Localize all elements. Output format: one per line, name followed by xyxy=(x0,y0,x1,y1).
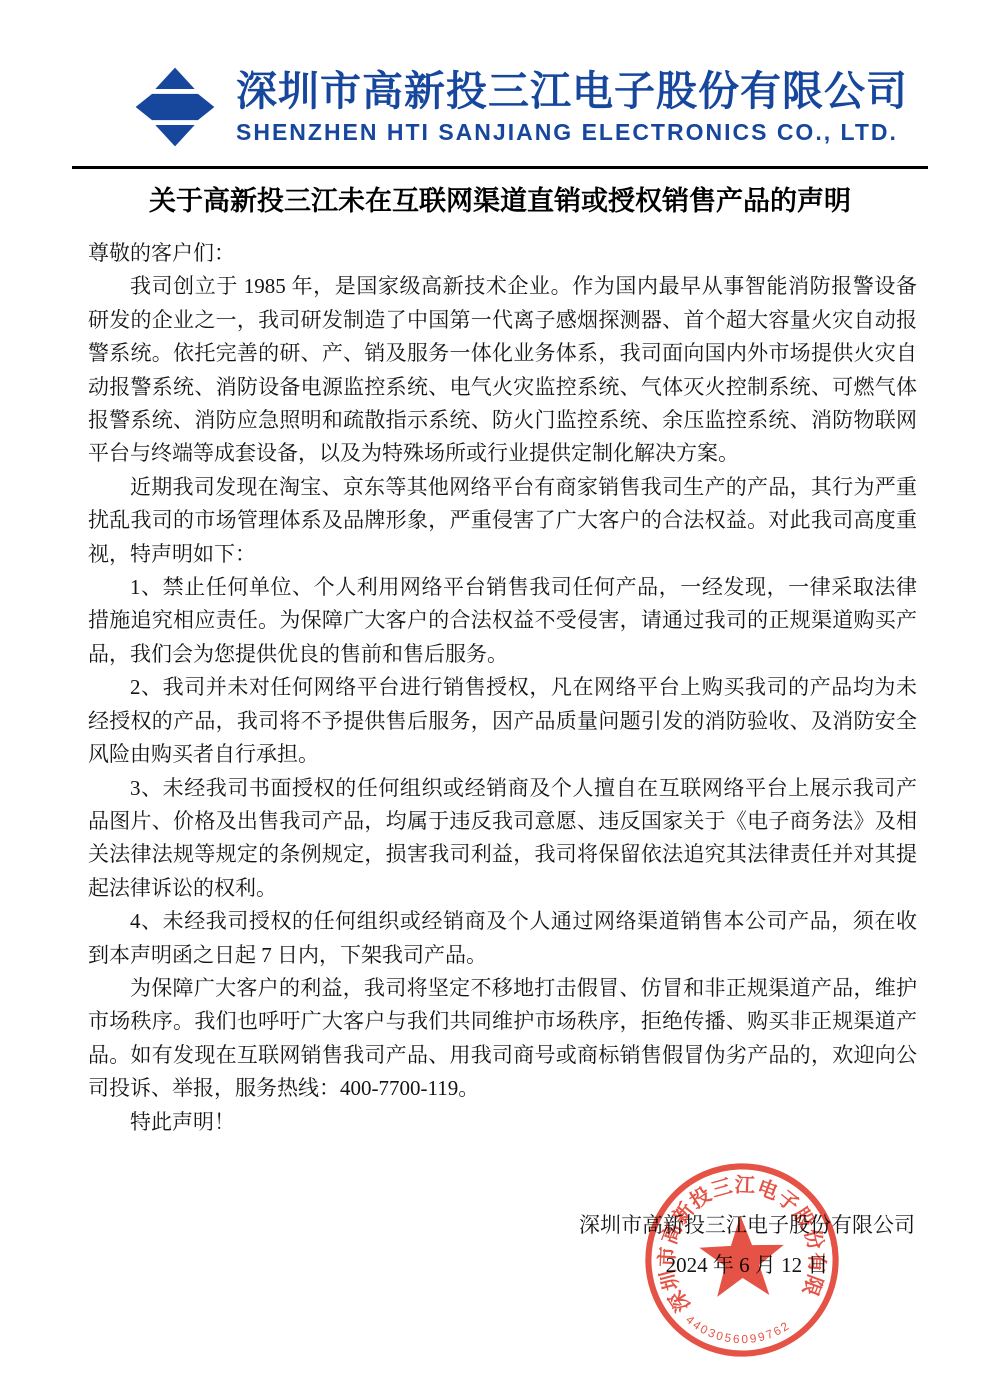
letterhead: 深圳市高新投三江电子股份有限公司 SHENZHEN HTI SANJIANG E… xyxy=(0,0,1000,150)
signature-date: 2024 年 6 月 12 日 xyxy=(579,1245,915,1285)
document-body: 尊敬的客户们： 我司创立于 1985 年，是国家级高新技术企业。作为国内最早从事… xyxy=(88,237,917,1139)
paragraph-issue: 近期我司发现在淘宝、京东等其他网络平台有商家销售我司生产的产品，其行为严重扰乱我… xyxy=(88,471,917,571)
paragraph-closing: 为保障广大客户的利益，我司将坚定不移地打击假冒、仿冒和非正规渠道产品，维护市场秩… xyxy=(88,972,917,1106)
paragraph-item-1: 1、禁止任何单位、个人利用网络平台销售我司任何产品，一经发现，一律采取法律措施追… xyxy=(88,571,917,671)
company-logo-icon xyxy=(134,64,216,150)
signature-block: 深圳市高新投三江电子股份有限公司 2024 年 6 月 12 日 xyxy=(579,1205,915,1285)
seal-number: 4403056099762 xyxy=(683,1309,794,1348)
letterhead-text: 深圳市高新投三江电子股份有限公司 SHENZHEN HTI SANJIANG E… xyxy=(236,68,908,146)
letterhead-divider xyxy=(72,166,928,169)
statement-document: 深圳市高新投三江电子股份有限公司 SHENZHEN HTI SANJIANG E… xyxy=(0,0,1000,1388)
signature-company: 深圳市高新投三江电子股份有限公司 xyxy=(579,1205,915,1245)
svg-text:4403056099762: 4403056099762 xyxy=(683,1309,794,1348)
company-name-chinese: 深圳市高新投三江电子股份有限公司 xyxy=(236,68,908,114)
salutation: 尊敬的客户们： xyxy=(88,237,917,270)
paragraph-item-4: 4、未经我司授权的任何组织或经销商及个人通过网络渠道销售本公司产品，须在收到本声… xyxy=(88,905,917,972)
document-title: 关于高新投三江未在互联网渠道直销或授权销售产品的声明 xyxy=(0,183,1000,219)
paragraph-declaration: 特此声明！ xyxy=(88,1106,917,1139)
paragraph-item-3: 3、未经我司书面授权的任何组织或经销商及个人擅自在互联网络平台上展示我司产品图片… xyxy=(88,772,917,906)
paragraph-item-2: 2、我司并未对任何网络平台进行销售授权，凡在网络平台上购买我司的产品均为未经授权… xyxy=(88,671,917,771)
paragraph-intro: 我司创立于 1985 年，是国家级高新技术企业。作为国内最早从事智能消防报警设备… xyxy=(88,270,917,470)
company-name-english: SHENZHEN HTI SANJIANG ELECTRONICS CO., L… xyxy=(236,118,908,146)
